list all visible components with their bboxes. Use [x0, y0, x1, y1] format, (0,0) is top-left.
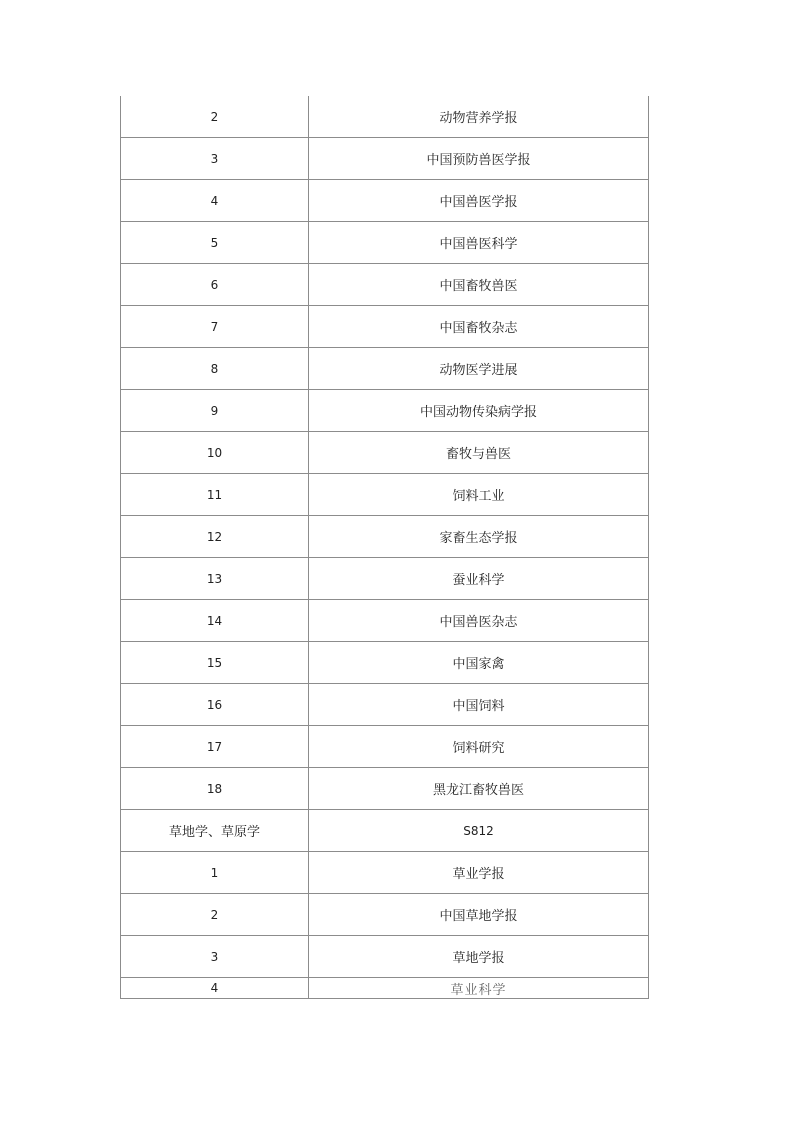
category-name-cell: 草地学、草原学	[121, 810, 309, 852]
table-row: 4中国兽医学报	[121, 180, 649, 222]
journal-name-cell: 草地学报	[309, 936, 649, 978]
journal-name-cell: 中国畜牧杂志	[309, 306, 649, 348]
table-row: 7中国畜牧杂志	[121, 306, 649, 348]
table-row: 13蚕业科学	[121, 558, 649, 600]
journal-name-cell: 中国草地学报	[309, 894, 649, 936]
rank-cell: 4	[121, 180, 309, 222]
journal-name-cell: 草业学报	[309, 852, 649, 894]
rank-cell: 8	[121, 348, 309, 390]
rank-cell: 7	[121, 306, 309, 348]
journal-name-cell: 饲料研究	[309, 726, 649, 768]
journal-name-cell: 中国家禽	[309, 642, 649, 684]
journal-name-cell: 动物医学进展	[309, 348, 649, 390]
rank-cell: 3	[121, 138, 309, 180]
table-row: 9中国动物传染病学报	[121, 390, 649, 432]
table-row: 17饲料研究	[121, 726, 649, 768]
table-row: 8动物医学进展	[121, 348, 649, 390]
rank-cell: 5	[121, 222, 309, 264]
journal-name-cell: 中国动物传染病学报	[309, 390, 649, 432]
rank-cell: 2	[121, 96, 309, 138]
rank-cell: 17	[121, 726, 309, 768]
rank-cell: 13	[121, 558, 309, 600]
table-row: 2动物营养学报	[121, 96, 649, 138]
journal-name-cell: 中国兽医科学	[309, 222, 649, 264]
table-row: 16中国饲料	[121, 684, 649, 726]
journal-name-cell: 中国预防兽医学报	[309, 138, 649, 180]
journal-name-cell: 畜牧与兽医	[309, 432, 649, 474]
rank-cell: 6	[121, 264, 309, 306]
table-row: 3草地学报	[121, 936, 649, 978]
rank-cell: 1	[121, 852, 309, 894]
table-row: 1草业学报	[121, 852, 649, 894]
journal-name-cell: 家畜生态学报	[309, 516, 649, 558]
rank-cell: 3	[121, 936, 309, 978]
journal-list-table: 2动物营养学报 3中国预防兽医学报 4中国兽医学报 5中国兽医科学 6中国畜牧兽…	[120, 96, 649, 999]
table-row: 2中国草地学报	[121, 894, 649, 936]
journal-name-cell: 黑龙江畜牧兽医	[309, 768, 649, 810]
rank-cell: 11	[121, 474, 309, 516]
category-row: 草地学、草原学S812	[121, 810, 649, 852]
journal-name-cell: 饲料工业	[309, 474, 649, 516]
rank-cell: 14	[121, 600, 309, 642]
rank-cell: 10	[121, 432, 309, 474]
journal-name-cell: 中国畜牧兽医	[309, 264, 649, 306]
table-row: 12家畜生态学报	[121, 516, 649, 558]
table-row: 11饲料工业	[121, 474, 649, 516]
rank-cell: 12	[121, 516, 309, 558]
journal-name-cell: 动物营养学报	[309, 96, 649, 138]
table-row: 4草业科学	[121, 978, 649, 999]
table-row: 3中国预防兽医学报	[121, 138, 649, 180]
rank-cell: 9	[121, 390, 309, 432]
table-row: 5中国兽医科学	[121, 222, 649, 264]
table-row: 14中国兽医杂志	[121, 600, 649, 642]
rank-cell: 18	[121, 768, 309, 810]
journal-name-cell: 蚕业科学	[309, 558, 649, 600]
journal-name-cell: 中国兽医杂志	[309, 600, 649, 642]
table-row: 15中国家禽	[121, 642, 649, 684]
table-row: 18黑龙江畜牧兽医	[121, 768, 649, 810]
table-row: 10畜牧与兽医	[121, 432, 649, 474]
rank-cell: 16	[121, 684, 309, 726]
journal-name-cell: 中国饲料	[309, 684, 649, 726]
journal-name-cell: 草业科学	[309, 978, 649, 999]
journal-name-cell: 中国兽医学报	[309, 180, 649, 222]
table-row: 6中国畜牧兽医	[121, 264, 649, 306]
rank-cell: 4	[121, 978, 309, 999]
category-code-cell: S812	[309, 810, 649, 852]
rank-cell: 2	[121, 894, 309, 936]
rank-cell: 15	[121, 642, 309, 684]
